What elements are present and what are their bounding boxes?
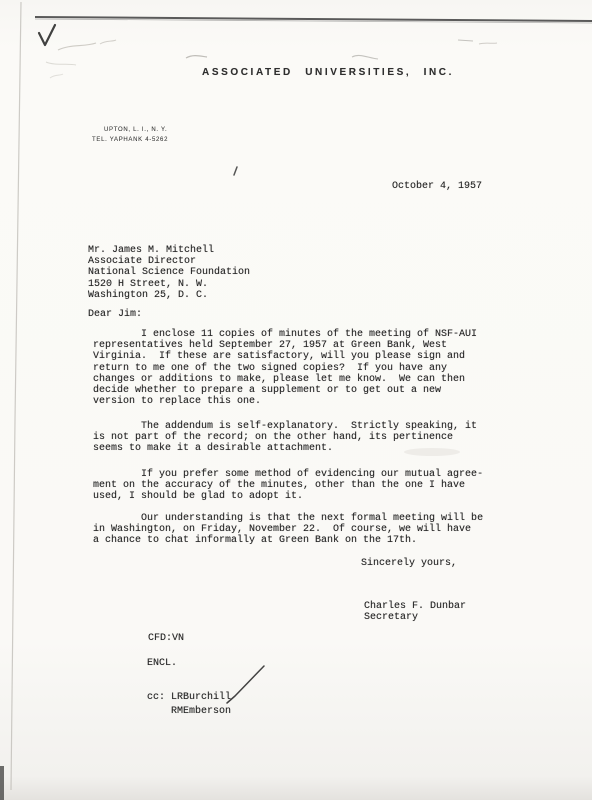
complimentary-closing: Sincerely yours, [361,558,457,569]
letterhead-address-line: UPTON, L. I., N. Y. [104,127,167,133]
top-left-checkmark-icon [39,25,55,45]
scan-smudge [458,40,473,41]
top-scan-line [35,17,592,21]
body-paragraph-4: Our understanding is that the next forma… [93,513,483,547]
salutation: Dear Jim: [88,309,142,320]
letter-page: ASSOCIATED UNIVERSITIES, INC. UPTON, L. … [0,0,592,800]
pencil-smudge [58,43,96,50]
recipient-address-block: Mr. James M. Mitchell Associate Director… [88,245,250,301]
body-paragraph-2: The addendum is self-explanatory. Strict… [93,421,477,455]
bottom-left-scan-bar [0,766,4,800]
top-scan-line-shadow [35,19,592,23]
pencil-smudge [100,40,116,44]
body-paragraph-1: I enclose 11 copies of minutes of the me… [93,329,477,407]
enclosure-note: ENCL. [147,658,177,669]
scan-smudge [479,43,497,44]
body-paragraph-3: If you prefer some method of evidencing … [93,469,483,503]
cc-list: cc: LRBurchill RMEmberson [147,691,231,718]
reference-initials: CFD:VN [148,633,184,644]
page-left-edge-line [11,2,21,790]
scan-smudge [186,56,207,58]
stray-ink-mark [234,167,237,175]
pencil-smudge [46,62,76,65]
letterhead-phone-line: TEL. YAPHANK 4-5262 [92,137,168,143]
pencil-smudge [50,74,63,78]
scan-smudge [352,55,378,59]
letterhead-company-name: ASSOCIATED UNIVERSITIES, INC. [202,67,454,78]
letter-date: October 4, 1957 [392,181,482,192]
cc-checkmark-icon [227,666,264,703]
signature-block: Charles F. Dunbar Secretary [364,601,466,623]
